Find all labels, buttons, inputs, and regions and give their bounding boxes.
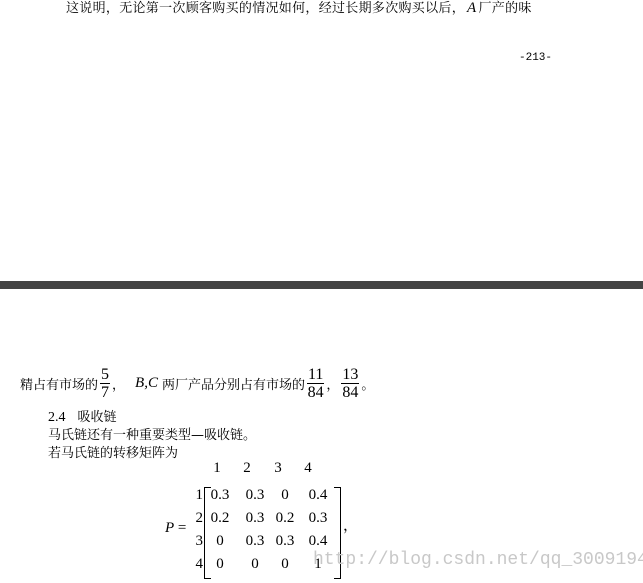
paragraph-absorbing-chain: 马氏链还有一种重要类型—吸收链。: [48, 424, 256, 443]
matrix-trailing-comma: ，: [343, 514, 358, 535]
fraction-11-84: 11 84: [307, 366, 324, 401]
matrix-symbol: P =: [165, 520, 186, 537]
market-prefix: 精占有市场的: [20, 374, 98, 393]
matrix-cell: 0.4: [298, 487, 338, 504]
matrix-cell: 0.2: [200, 510, 240, 527]
col-label: 4: [293, 460, 323, 477]
text-line-top: 这说明，无论第一次顾客购买的情况如何，经过长期多次购买以后，A厂产的味: [66, 0, 532, 17]
section-heading: 2.4吸收链: [48, 406, 117, 426]
separator-comma: ，: [112, 374, 125, 393]
market-middle: 两厂产品分别占有市场的: [162, 374, 305, 393]
matrix-cell: 0: [200, 556, 240, 573]
fraction-numerator: 13: [341, 366, 359, 384]
text-line-top-tail: 厂产的味: [478, 1, 531, 16]
fraction-numerator: 11: [307, 366, 324, 384]
page-separator: [0, 281, 643, 289]
var-a: A: [467, 0, 476, 16]
matrix-cell: 0.3: [298, 510, 338, 527]
fraction-numerator: 5: [100, 366, 110, 384]
matrix-cell: 0: [200, 533, 240, 550]
page-number: -213-: [519, 52, 552, 64]
paragraph-transition-matrix: 若马氏链的转移矩阵为: [48, 442, 178, 461]
section-number: 2.4: [48, 410, 66, 425]
vars-bc: B,C: [135, 375, 158, 392]
text-line-top-body: 这说明，无论第一次顾客购买的情况如何，经过长期多次购买以后，: [66, 1, 465, 16]
col-label: 2: [232, 460, 262, 477]
fraction-denominator: 7: [101, 384, 109, 401]
matrix-cell: 0.3: [200, 487, 240, 504]
market-share-line: 精占有市场的 5 7 ， B,C 两厂产品分别占有市场的 11 84 ， 13 …: [20, 366, 374, 401]
col-label: 1: [202, 460, 232, 477]
fraction-13-84: 13 84: [341, 366, 359, 401]
fraction-denominator: 84: [342, 384, 358, 401]
separator-comma: ，: [326, 374, 339, 393]
section-title: 吸收链: [78, 410, 117, 425]
matrix-cell: 0.4: [298, 533, 338, 550]
watermark: http://blog.csdn.net/qq_30091945: [313, 550, 643, 570]
col-label: 3: [263, 460, 293, 477]
fraction-denominator: 84: [308, 384, 324, 401]
fraction-5-7: 5 7: [100, 366, 110, 401]
period: 。: [361, 374, 374, 393]
